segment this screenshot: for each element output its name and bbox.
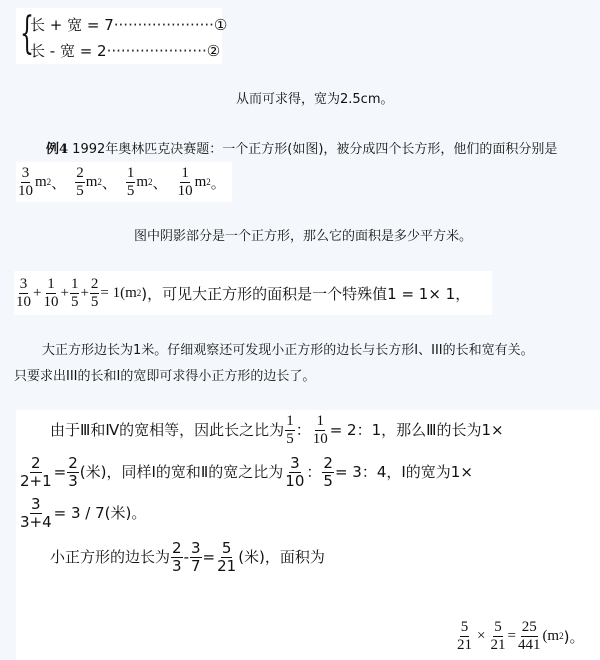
solution-line-4: 小正方形的边长为 23 - 37 = 521 (米)，面积为: [50, 536, 325, 578]
fraction: 25: [75, 165, 85, 200]
question-text: 图中阴影部分是一个正方形，那么它的面积是多少平方米。: [134, 229, 472, 245]
fraction: 110: [42, 276, 59, 311]
fraction: 15: [70, 276, 80, 311]
final-area-equation: 521 × 521 = 25441 (m2)。: [455, 614, 584, 658]
solution-text: = 3 / 7(米)。: [54, 504, 147, 522]
fraction: 310: [15, 276, 32, 311]
fraction: 23: [67, 455, 79, 490]
fraction: 25441: [517, 619, 542, 654]
fraction: 310: [17, 165, 34, 200]
equals-one: = 1(m: [100, 285, 136, 302]
fraction: 25: [322, 455, 334, 490]
fraction: 521: [489, 619, 506, 654]
fraction: 521: [456, 619, 473, 654]
fraction: 23: [171, 540, 183, 575]
plus-sign: +: [33, 285, 41, 302]
example-text: 1992年奥林匹克决赛题：一个正方形(如图)，被分成四个长方形，他们的面积分别是: [68, 142, 557, 157]
solution-text: (米)，面积为: [238, 548, 325, 566]
solution-text: = 2：1，那么Ⅲ的长为1×: [330, 421, 504, 439]
fraction: 110: [312, 413, 329, 448]
result-line: 从而可求得，宽为2.5cm。: [236, 92, 394, 108]
solution-line-2: 22+1 = 23 (米)，同样Ⅰ的宽和Ⅱ的宽之比为 310 ： 25 = 3：…: [18, 451, 473, 493]
example-label: 例4: [46, 142, 68, 157]
equation-2-lhs: 长 - 宽 = 2: [30, 42, 107, 60]
fraction: 22+1: [19, 455, 53, 490]
circled-two-mark: ②: [207, 42, 220, 60]
equation-1: 长 + 宽 = 7·····················①: [30, 14, 227, 35]
solution-text: = 3：4，Ⅰ的宽为1×: [335, 463, 473, 481]
solution-text: 由于Ⅲ和Ⅳ的宽相等，因此长之比为: [50, 421, 284, 439]
fraction: 310: [284, 455, 305, 490]
leader-dots: ·····················: [107, 42, 207, 60]
fraction: 15: [285, 413, 295, 448]
solution-line-1: 由于Ⅲ和Ⅳ的宽相等，因此长之比为 15 ： 110 = 2：1，那么Ⅲ的长为1×: [50, 409, 504, 451]
fraction: 25: [90, 276, 100, 311]
fraction: 521: [216, 540, 237, 575]
equation-system: { 长 + 宽 = 7·····················① 长 - 宽 …: [16, 8, 222, 64]
plus-sign: +: [80, 285, 88, 302]
solution-text: 小正方形的边长为: [50, 548, 170, 566]
fraction: 110: [177, 165, 194, 200]
fraction: 37: [190, 540, 202, 575]
areas-list: 310m2、 25m2、 15m2、 110m2。: [16, 162, 232, 202]
circled-one-mark: ①: [214, 16, 227, 34]
sum-equation: 310 + 110 + 15 + 25 = 1(m2)， 可见大正方形的面积是一…: [14, 271, 492, 315]
colon: ：: [296, 421, 311, 439]
solution-text: (米)，同样Ⅰ的宽和Ⅱ的宽之比为: [80, 463, 284, 481]
equation-2: 长 - 宽 = 2·····················②: [30, 40, 220, 61]
sum-conclusion: 可见大正方形的面积是一个特殊值1 = 1× 1，: [162, 283, 470, 304]
leader-dots: ·····················: [114, 16, 214, 34]
close-paren: )，: [141, 283, 162, 304]
fraction: 33+4: [19, 496, 53, 531]
fraction: 15: [126, 165, 136, 200]
plus-sign: +: [60, 285, 68, 302]
paragraph-line-1: 大正方形边长为1米。仔细观察还可发现小正方形的边长与长方形Ⅰ、III的长和宽有关…: [42, 343, 534, 359]
equation-1-lhs: 长 + 宽 = 7: [30, 16, 114, 34]
example-4-statement: 例4 1992年奥林匹克决赛题：一个正方形(如图)，被分成四个长方形，他们的面积…: [46, 142, 557, 158]
paragraph-line-2: 只要求出III的长和Ⅰ的宽即可求得小正方形的边长了。: [14, 369, 315, 385]
solution-line-3: 33+4 = 3 / 7(米)。: [18, 492, 146, 534]
